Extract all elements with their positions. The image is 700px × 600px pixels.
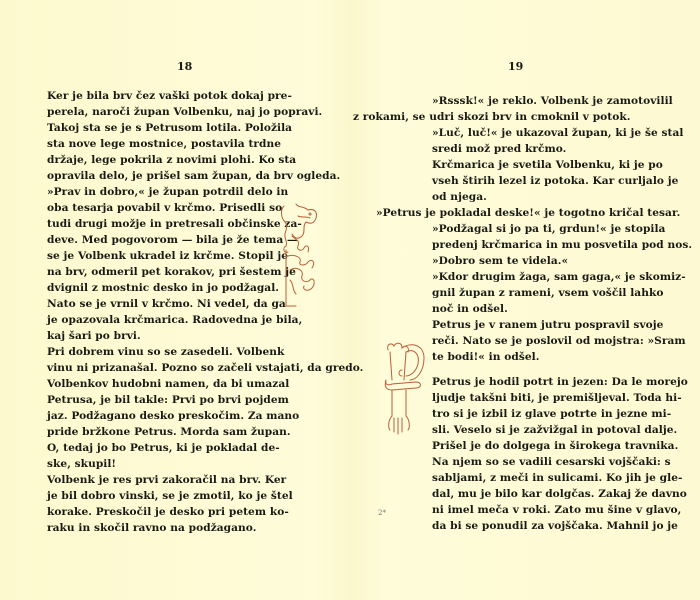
text-line: perela, naroči župan Volbenku, naj jo po…	[47, 104, 322, 120]
text-line: z rokami, se udri skozi brv in cmoknil v…	[353, 109, 630, 125]
text-line: »Luč, luč!« je ukazoval župan, ki je še …	[432, 125, 683, 141]
text-line: dal, mu je bilo kar dolgčas. Zakaj že da…	[432, 486, 687, 502]
decorative-initial-animal-icon	[276, 200, 322, 308]
text-line: reči. Nato se je poslovil od mojstra: »S…	[432, 333, 686, 349]
text-line: vinu ni prizanašal. Pozno so začeli vsta…	[47, 360, 363, 376]
text-line: te bodi!« in odšel.	[432, 349, 539, 365]
text-line: pride bržkone Petrus. Morda sam župan.	[47, 424, 291, 440]
text-line: oba tesarja povabil v krčmo. Prisedli so	[47, 200, 282, 216]
text-line: Pri dobrem vinu so se zasedeli. Volbenk	[47, 344, 284, 360]
text-line: Petrus je v ranem jutru pospravil svoje	[432, 317, 663, 333]
text-line: tro si je izbil iz glave potrte in jezne…	[432, 406, 671, 422]
text-line: Takoj sta se je s Petrusom lotila. Polož…	[47, 120, 292, 136]
text-line: tudi drugi možje in pretresali občinske …	[47, 216, 302, 232]
text-line: »Prav in dobro,« je župan potrdil delo i…	[47, 184, 288, 200]
text-line: opravila delo, je prišel sam župan, da b…	[47, 168, 340, 184]
signature-mark: 2*	[378, 509, 386, 517]
text-line: sredi mož pred krčmo.	[432, 141, 566, 157]
text-line: da bi se ponudil za vojščaka. Mahnil jo …	[432, 518, 678, 534]
text-line: gnil župan z rameni, vsem voščil lahko	[432, 285, 663, 301]
page-number-left: 18	[177, 60, 192, 73]
text-line: »Podžagal si jo pa ti, grdun!« je stopil…	[432, 221, 665, 237]
text-line: sta nove lege mostnice, postavila trdne	[47, 136, 281, 152]
text-line: ljudje takšni biti, je premišljeval. Tod…	[432, 390, 682, 406]
text-line: Prišel je do dolgega in širokega travnik…	[432, 438, 678, 454]
text-line: Petrus je hodil potrt in jezen: Da le mo…	[432, 374, 688, 390]
text-line: se je Volbenk ukradel iz krčme. Stopil j…	[47, 248, 288, 264]
text-line: ni imel meča v roki. Zato mu šine v glav…	[432, 502, 681, 518]
text-line: O, tedaj jo bo Petrus, ki je pokladal de…	[47, 440, 280, 456]
text-line: »Kdor drugim žaga, sam gaga,« je skomiz-	[432, 269, 686, 285]
text-line: držaje, lege pokrila z novimi plohi. Ko …	[47, 152, 296, 168]
text-line: je opazovala krčmarica. Radovedna je bil…	[47, 312, 302, 328]
text-line: Na njem so se vadili cesarski vojščaki: …	[432, 454, 671, 470]
text-line: Petrusa, je bil takle: Prvi po brvi pojd…	[47, 392, 289, 408]
text-line: deve. Med pogovorom — bila je že tema —	[47, 232, 298, 248]
text-line: »Petrus je pokladal deske!« je togotno k…	[376, 205, 680, 221]
text-line: jaz. Podžagano desko preskočim. Za mano	[47, 408, 299, 424]
text-line: vseh štirih lezel iz potoka. Kar curljal…	[432, 173, 678, 189]
text-line: Ker je bila brv čez vaški potok dokaj pr…	[47, 88, 292, 104]
text-line: je bil dobro vinski, se je zmotil, ko je…	[47, 488, 293, 504]
text-line: od njega.	[432, 189, 487, 205]
text-line: »Rsssk!« je reklo. Volbenk je zamotovili…	[432, 93, 673, 109]
text-line: korake. Preskočil je desko pri petem ko-	[47, 504, 289, 520]
text-line: Nato se je vrnil v krčmo. Ni vedel, da g…	[47, 296, 286, 312]
text-line: kaj šari po brvi.	[47, 328, 141, 344]
text-line: dvignil z mostnic desko in jo podžagal.	[47, 280, 279, 296]
text-line: sabljami, z meči in sulicami. Ko jih je …	[432, 470, 682, 486]
text-line: »Dobro sem te videla.«	[432, 253, 568, 269]
text-line: raku in skočil ravno na podžagano.	[47, 520, 256, 536]
text-line: noč in odšel.	[432, 301, 508, 317]
text-line: sli. Veselo si je zažvižgal in potoval d…	[432, 422, 677, 438]
text-line: predenj krčmarica in mu posvetila pod no…	[432, 237, 692, 253]
text-line: na brv, odmeril pet korakov, pri šestem …	[47, 264, 296, 280]
text-line: Volbenk je res prvi zakoračil na brv. Ke…	[47, 472, 286, 488]
text-line: Krčmarica je svetila Volbenku, ki je po	[432, 157, 663, 173]
decorative-initial-p-icon	[380, 340, 428, 436]
text-line: ske, skupil!	[47, 456, 116, 472]
text-line: Volbenkov hudobni namen, da bi umazal	[47, 376, 289, 392]
page-number-right: 19	[508, 60, 523, 73]
